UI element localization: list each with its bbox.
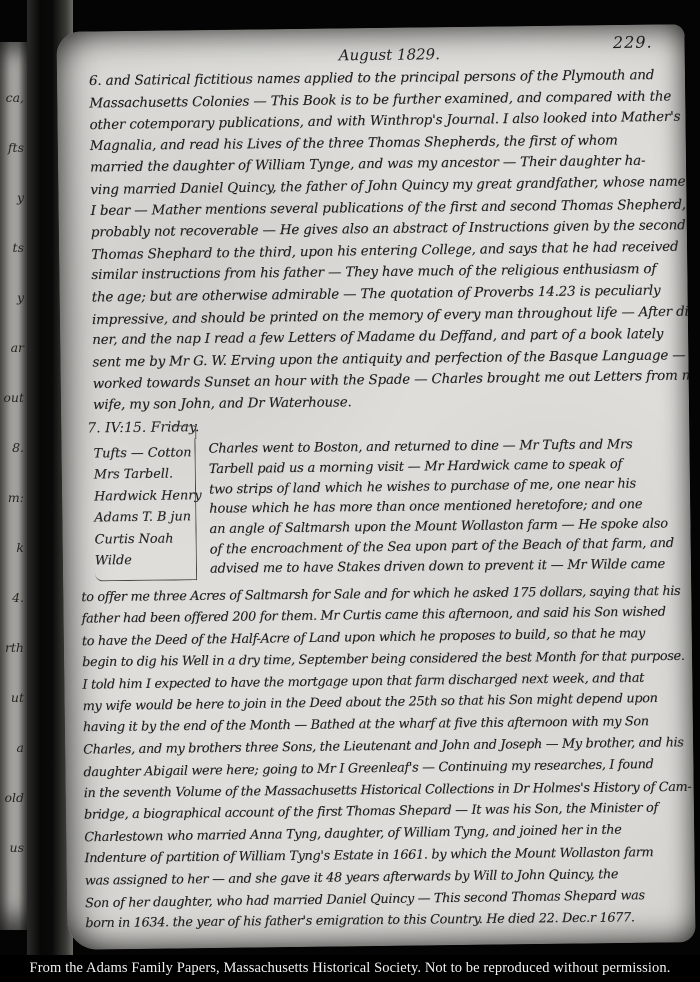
edge-text-fragment: a	[0, 740, 27, 790]
edge-text-fragment: old	[0, 790, 27, 840]
manuscript-line: Charles went to Boston, and returned to …	[208, 434, 672, 459]
edge-text-fragment: 8.	[0, 440, 27, 490]
margin-divider-corner	[171, 425, 196, 439]
manuscript-line: house which he has more than once mentio…	[209, 494, 673, 519]
edge-text-fragment: k	[0, 540, 27, 590]
edge-text-fragment: out	[0, 390, 27, 440]
edge-text-fragment: 4.	[0, 590, 27, 640]
diary-page: 229. August 1829. 6. and Satirical ficti…	[56, 24, 695, 950]
margin-names: Tufts — CottonMrs Tarbell.Hardwick Henry…	[93, 438, 197, 581]
edge-text-fragment: ar	[0, 340, 27, 390]
edge-text-fragment: m:	[0, 490, 27, 540]
manuscript-photo: ca,ftsytsyarout8.m:k4.rthutaoldus 229. A…	[0, 0, 700, 982]
margin-name: Tufts — Cotton	[93, 442, 190, 465]
page-number: 229.	[613, 33, 653, 52]
edge-text-fragment: ts	[0, 240, 27, 290]
edge-text-fragment: ut	[0, 690, 27, 740]
edge-text-fragment: y	[0, 290, 27, 340]
margin-name: Curtis Noah	[94, 528, 191, 551]
entry-august-7-text: Charles went to Boston, and returned to …	[195, 432, 674, 580]
footer-caption-bar: From the Adams Family Papers, Massachuse…	[0, 955, 700, 982]
header-date: August 1829.	[339, 45, 440, 64]
edge-text-fragment: rth	[0, 640, 27, 690]
manuscript-line: born in 1634. the year of his father's e…	[85, 907, 669, 935]
edge-text-fragment: us	[0, 840, 27, 890]
facing-page-edge: ca,ftsytsyarout8.m:k4.rthutaoldus	[0, 42, 27, 930]
manuscript-line: advised me to have Stakes driven down to…	[210, 554, 674, 579]
margin-name: Adams T. B jun	[94, 506, 191, 529]
footer-caption: From the Adams Family Papers, Massachuse…	[30, 960, 671, 977]
page-content: 229. August 1829. 6. and Satirical ficti…	[56, 24, 695, 950]
edge-text-fragment: y	[0, 190, 27, 240]
entry-august-7-continued: to offer me three Acres of Saltmarsh for…	[81, 580, 669, 936]
entry-august-7-columns: Tufts — CottonMrs Tarbell.Hardwick Henry…	[93, 432, 665, 581]
margin-name: Wilde	[95, 549, 192, 572]
edge-text-fragment: fts	[0, 140, 27, 190]
margin-name: Hardwick Henry	[94, 485, 191, 508]
entry-august-6: 6. and Satirical fictitious names applie…	[89, 65, 663, 417]
margin-name: Mrs Tarbell.	[94, 463, 191, 486]
edge-text-fragment: ca,	[0, 90, 27, 140]
